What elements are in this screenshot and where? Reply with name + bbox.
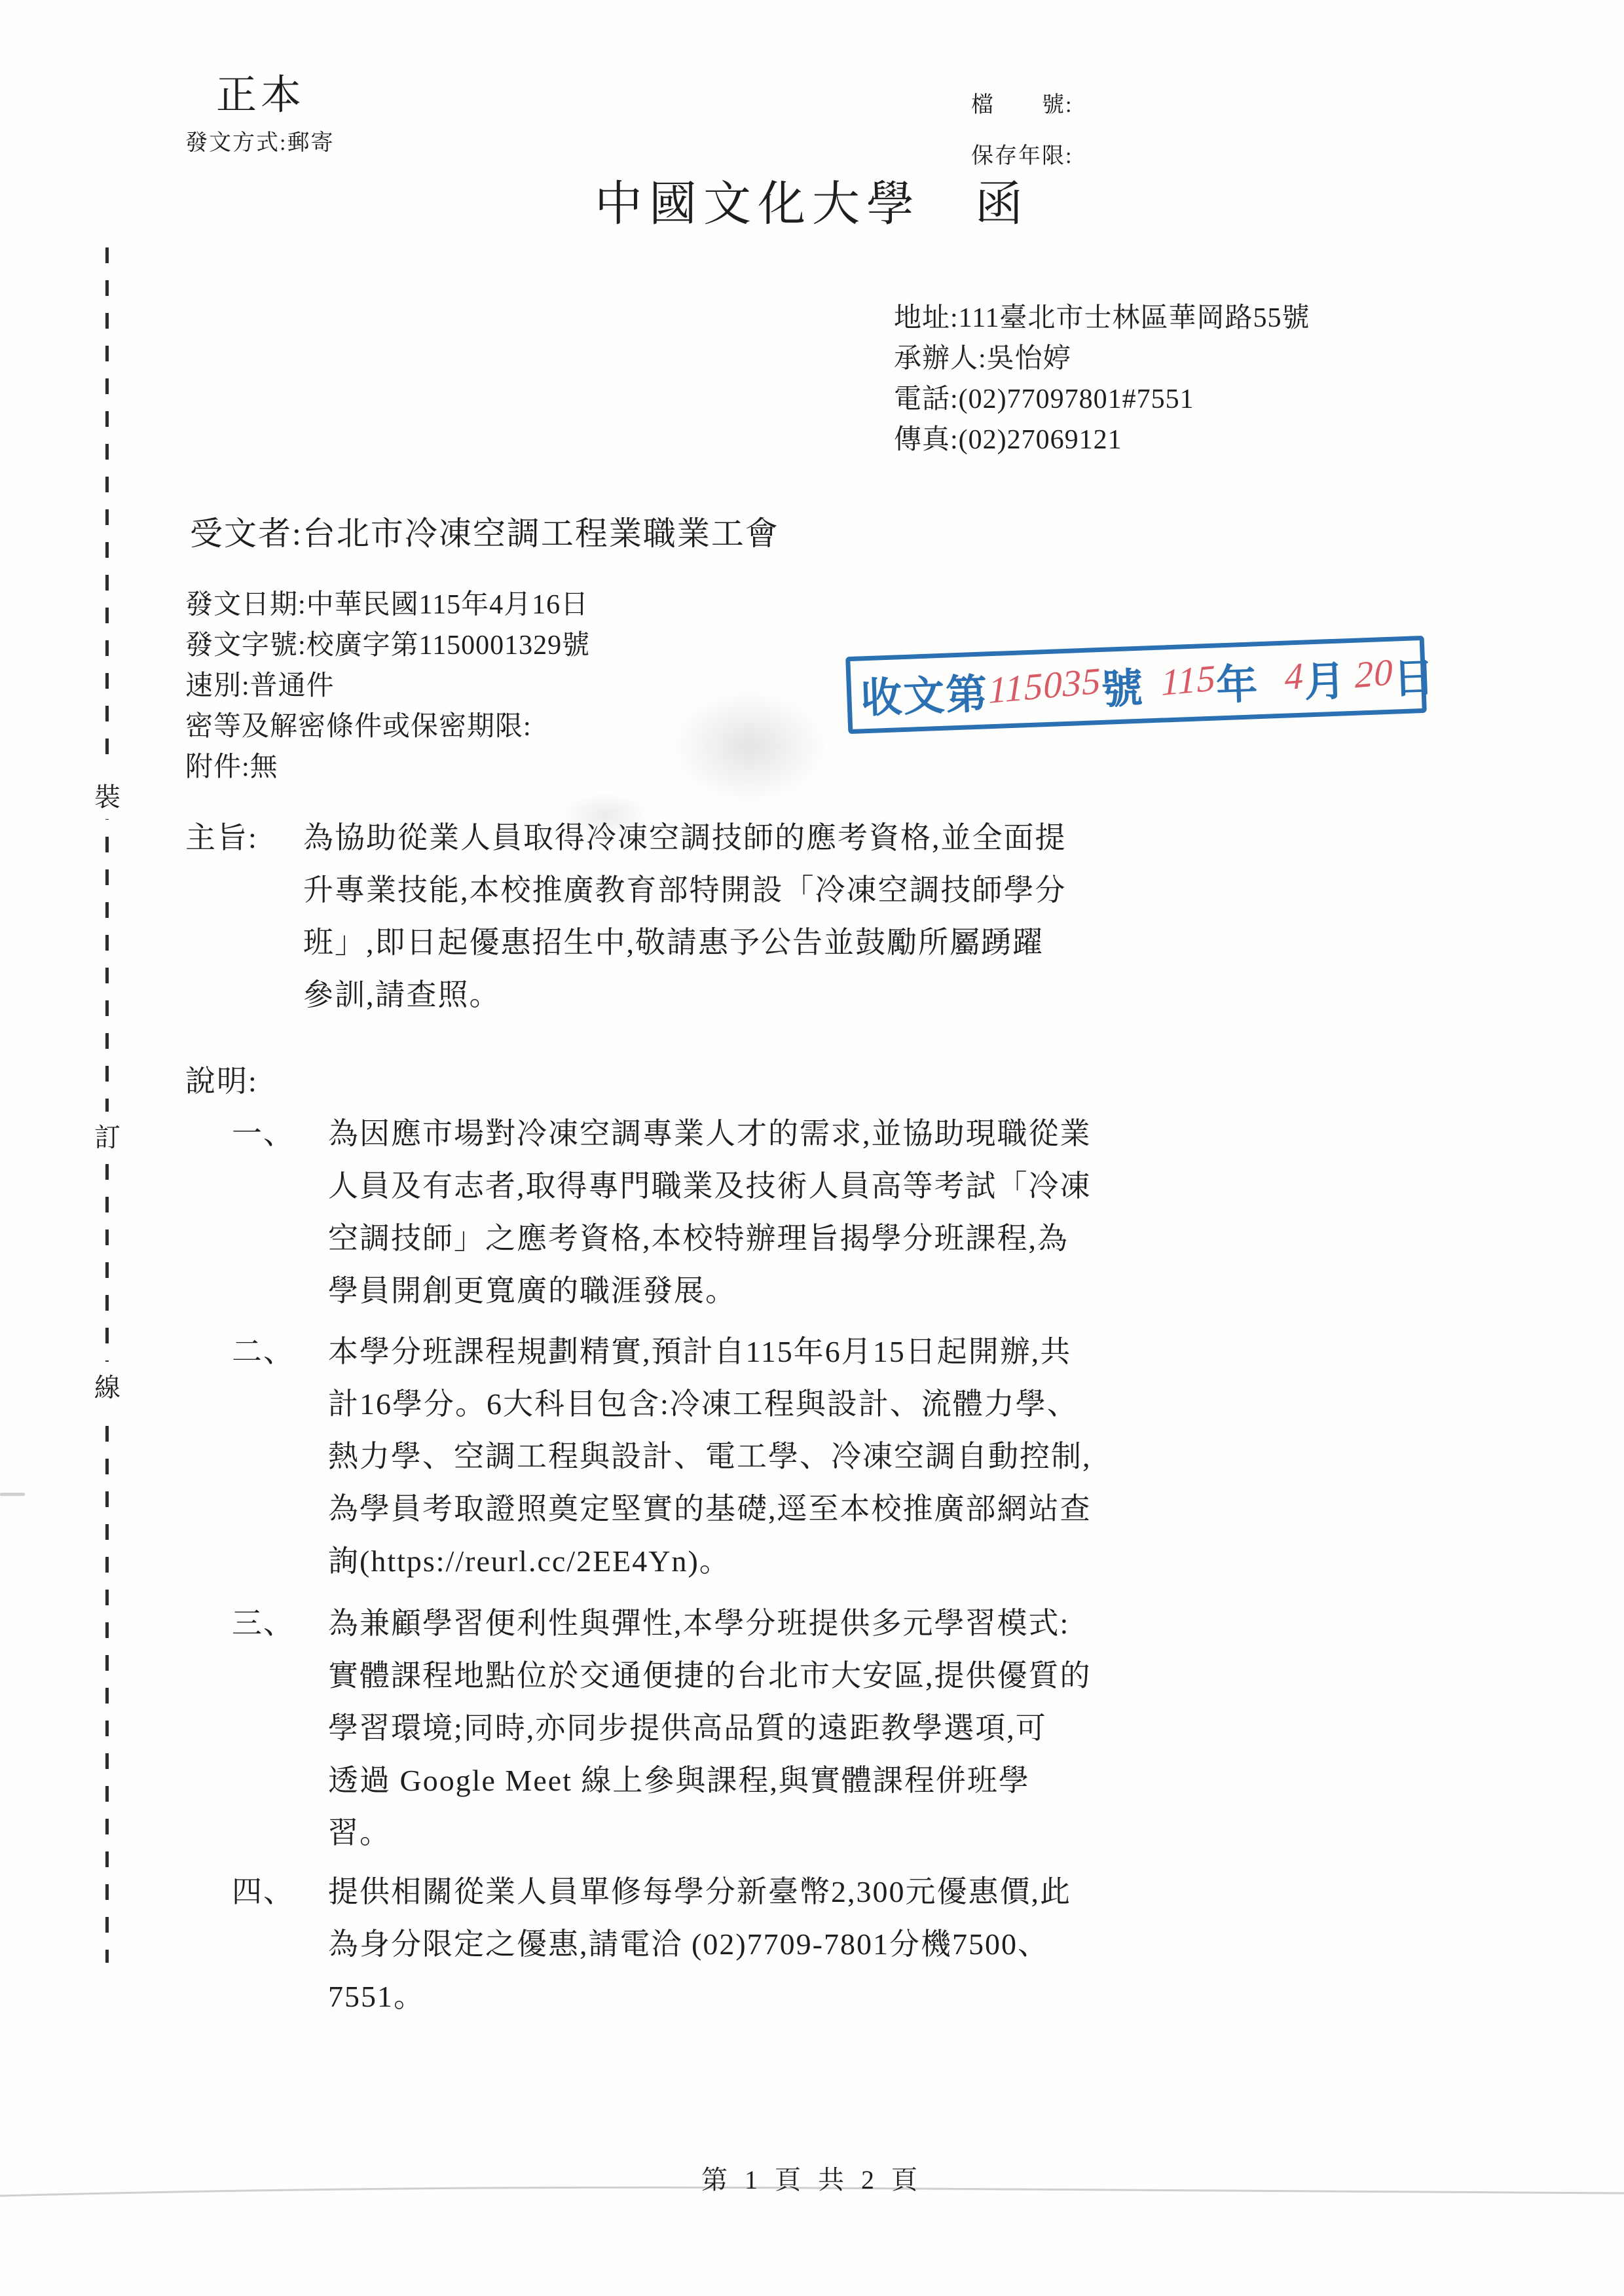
body-line: 透過 Google Meet 線上參與課程,與實體課程併班學 (328, 1755, 1092, 1807)
body-line: 人員及有志者,取得專門職業及技術人員高等考試「冷凍 (328, 1160, 1092, 1212)
item-number: 四、 (232, 1866, 295, 1918)
document-title: 中國文化大學 函 (0, 165, 1624, 234)
body-line: 為兼顧學習便利性與彈性,本學分班提供多元學習模式: (328, 1597, 1092, 1650)
binding-dashed-line (105, 247, 109, 1963)
receipt-stamp: 收文第 115035 號 115 年 4 月 20 日 (845, 636, 1427, 734)
body-line: 提供相關從業人員單修每學分新臺幣2,300元優惠價,此 (328, 1866, 1071, 1918)
meta-security-class: 密等及解密條件或保密期限: (185, 706, 590, 747)
subject-block: 主旨: 為協助從業人員取得冷凍空調技師的應考資格,並全面提 升專業技能,本校推廣… (185, 812, 1067, 1021)
binding-mark-xian: 線 (91, 1362, 124, 1410)
body-line: 學習環境;同時,亦同步提供高品質的遠距教學選項,可 (328, 1702, 1092, 1755)
meta-speed-class: 速別:普通件 (185, 666, 590, 706)
explanation-item-3: 三、 為兼顧學習便利性與彈性,本學分班提供多元學習模式: 實體課程地點位於交通便… (232, 1597, 1092, 1859)
body-line: 學員開創更寬廣的職涯發展。 (328, 1265, 1092, 1317)
binding-mark-zhuang: 裝 (91, 771, 124, 819)
recipient-line: 受文者:台北市冷凍空調工程業職業工會 (190, 507, 779, 555)
explanation-label: 說明: (185, 1055, 258, 1108)
stamp-print-text: 月 (1303, 647, 1348, 708)
stamp-handwritten-day: 20 (1354, 651, 1393, 697)
meta-attachment: 附件:無 (185, 747, 590, 788)
subject-line: 升專業技能,本校推廣教育部特開設「冷凍空調技師學分 (303, 864, 1067, 917)
binding-mark-ding: 訂 (91, 1112, 124, 1159)
body-line: 實體課程地點位於交通便捷的台北市大安區,提供優質的 (328, 1650, 1092, 1702)
meta-block: 發文日期:中華民國115年4月16日 發文字號:校廣字第1150001329號 … (185, 585, 590, 788)
item-number: 一、 (232, 1108, 295, 1160)
page-number-footer: 第 1 頁 共 2 頁 (0, 2159, 1624, 2196)
item-number: 二、 (232, 1326, 295, 1378)
body-line: 熱力學、空調工程與設計、電工學、冷凍空調自動控制, (328, 1430, 1092, 1483)
stamp-print-text: 日 (1392, 644, 1437, 705)
body-line: 本學分班課程規劃精實,預計自115年6月15日起開辦,共 (328, 1326, 1092, 1378)
sender-info-block: 地址:111臺北市士林區華岡路55號 承辦人:吳怡婷 電話:(02)770978… (894, 298, 1310, 460)
explanation-item-4: 四、 提供相關從業人員單修每學分新臺幣2,300元優惠價,此 為身分限定之優惠,… (232, 1866, 1071, 2023)
stamp-print-text: 收文第 (860, 661, 989, 725)
body-line: 計16學分。6大科目包含:冷凍工程與設計、流體力學、 (328, 1378, 1092, 1430)
archive-no-label: 檔 號: (971, 86, 1073, 118)
stamp-handwritten-number: 115035 (988, 659, 1101, 712)
item-number: 三、 (232, 1597, 295, 1650)
explanation-item-2: 二、 本學分班課程規劃精實,預計自115年6月15日起開辦,共 計16學分。6大… (232, 1326, 1092, 1588)
scan-smudge-artifact (642, 668, 858, 825)
copy-type-label: 正本 (216, 62, 305, 120)
stamp-handwritten-month: 4 (1284, 654, 1304, 699)
body-line: 習。 (328, 1807, 1092, 1859)
stamp-print-text: 號 (1100, 655, 1145, 716)
body-line: 詢(https://reurl.cc/2EE4Yn)。 (328, 1535, 1092, 1588)
meta-issue-date: 發文日期:中華民國115年4月16日 (185, 585, 590, 625)
subject-line: 班」,即日起優惠招生中,敬請惠予公告並鼓勵所屬踴躍 (303, 917, 1067, 969)
scan-edge-artifact (0, 1493, 25, 1496)
explanation-item-1: 一、 為因應市場對冷凍空調專業人才的需求,並協助現職從業 人員及有志者,取得專門… (232, 1108, 1092, 1317)
stamp-print-text: 年 (1215, 651, 1259, 712)
sender-phone: 電話:(02)77097801#7551 (894, 379, 1310, 420)
sender-contact: 承辦人:吳怡婷 (894, 338, 1310, 379)
subject-line: 參訓,請查照。 (303, 969, 1067, 1021)
body-line: 空調技師」之應考資格,本校特辦理旨揭學分班課程,為 (328, 1212, 1092, 1265)
body-line: 為學員考取證照奠定堅實的基礎,逕至本校推廣部網站查 (328, 1483, 1092, 1535)
body-line: 為因應市場對冷凍空調專業人才的需求,並協助現職從業 (328, 1108, 1092, 1160)
sender-address: 地址:111臺北市士林區華岡路55號 (894, 298, 1310, 338)
subject-line: 為協助從業人員取得冷凍空調技師的應考資格,並全面提 (303, 812, 1067, 864)
body-line: 7551。 (328, 1971, 1071, 2023)
delivery-method-label: 發文方式:郵寄 (185, 124, 334, 156)
stamp-handwritten-year: 115 (1160, 657, 1216, 704)
scanned-letter-page: 裝 訂 線 正本 發文方式:郵寄 檔 號: 保存年限: 中國文化大學 函 地址:… (0, 0, 1624, 2296)
body-line: 為身分限定之優惠,請電洽 (02)7709-7801分機7500、 (328, 1918, 1071, 1971)
meta-issue-number: 發文字號:校廣字第1150001329號 (185, 625, 590, 666)
subject-label: 主旨: (185, 812, 258, 864)
sender-fax: 傳真:(02)27069121 (894, 420, 1310, 460)
